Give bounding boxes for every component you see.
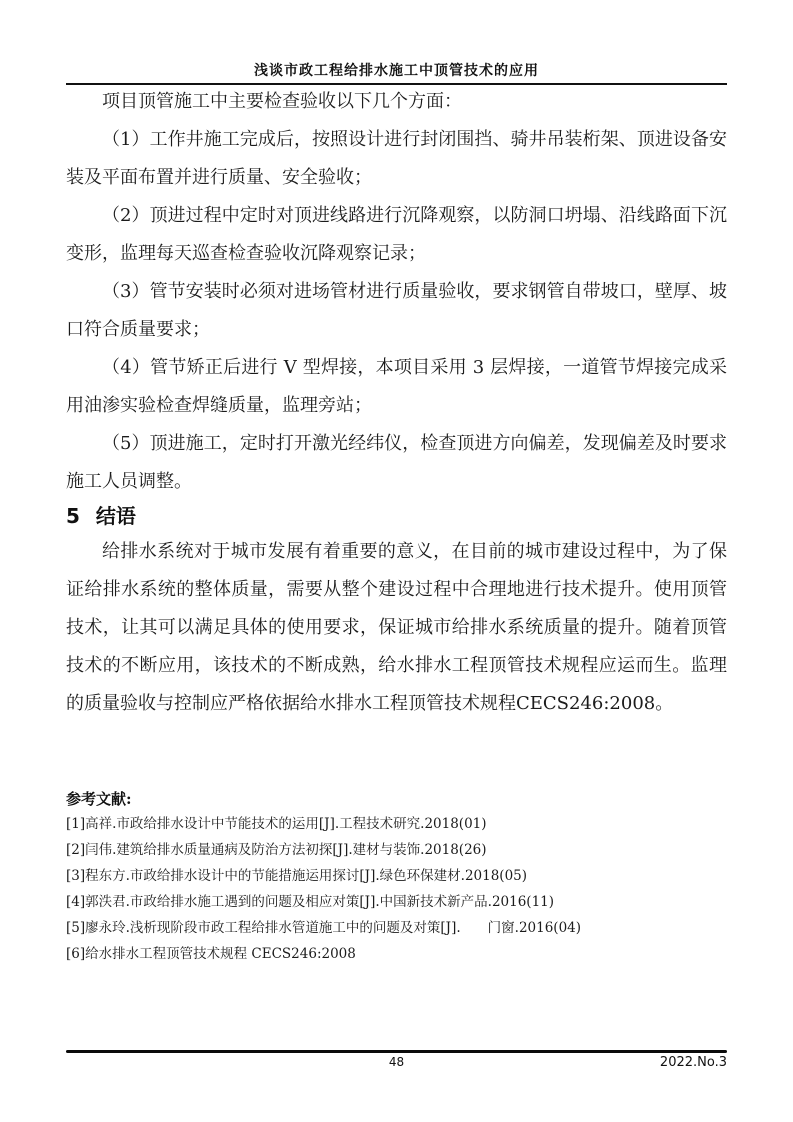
reference-item-6: [6]给水排水工程顶管技术规程 CECS246:2008 <box>66 941 727 967</box>
article-body: 项目顶管施工中主要检查验收以下几个方面： （1）工作井施工完成后，按照设计进行封… <box>66 83 727 967</box>
document-page: 浅谈市政工程给排水施工中顶管技术的应用 项目顶管施工中主要检查验收以下几个方面：… <box>0 0 793 1122</box>
page-content: 浅谈市政工程给排水施工中顶管技术的应用 项目顶管施工中主要检查验收以下几个方面：… <box>0 0 793 967</box>
conclusion-standard-code: CECS246:2008。 <box>516 693 673 714</box>
checklist-item-3: （3）管节安装时必须对进场管材进行质量验收，要求钢管自带坡口，壁厚、坡口符合质量… <box>66 273 727 349</box>
page-number: 48 <box>66 1055 727 1069</box>
references-heading: 参考文献: <box>66 787 727 811</box>
reference-item-5: [5]廖永玲.浅析现阶段市政工程给排水管道施工中的问题及对策[J]. 门窗.20… <box>66 915 727 941</box>
section-number: 5 <box>66 504 80 528</box>
footer-rule <box>66 1050 727 1053</box>
section-heading-conclusion: 5结语 <box>66 503 727 529</box>
conclusion-text: 给排水系统对于城市发展有着重要的意义，在目前的城市建设过程中，为了保证给排水系统… <box>66 541 727 714</box>
issue-label: 2022.No.3 <box>660 1055 727 1070</box>
reference-item-1: [1]高祥.市政给排水设计中节能技术的运用[J].工程技术研究.2018(01) <box>66 811 727 837</box>
reference-item-2: [2]闫伟.建筑给排水质量通病及防治方法初探[J].建材与装饰.2018(26) <box>66 837 727 863</box>
footer-row: 48 2022.No.3 <box>66 1055 727 1073</box>
references-section: 参考文献: [1]高祥.市政给排水设计中节能技术的运用[J].工程技术研究.20… <box>66 787 727 967</box>
section-title: 结语 <box>96 504 136 528</box>
checklist-item-5: （5）顶进施工，定时打开激光经纬仪，检查顶进方向偏差，发现偏差及时要求施工人员调… <box>66 425 727 501</box>
page-footer: 48 2022.No.3 <box>66 1050 727 1073</box>
intro-paragraph: 项目顶管施工中主要检查验收以下几个方面： <box>66 83 727 121</box>
conclusion-paragraph: 给排水系统对于城市发展有着重要的意义，在目前的城市建设过程中，为了保证给排水系统… <box>66 533 727 723</box>
checklist-item-2: （2）顶进过程中定时对顶进线路进行沉降观察，以防洞口坍塌、沿线路面下沉变形，监理… <box>66 197 727 273</box>
running-title: 浅谈市政工程给排水施工中顶管技术的应用 <box>66 60 727 82</box>
checklist-item-1: （1）工作井施工完成后，按照设计进行封闭围挡、骑井吊装桁架、顶进设备安装及平面布… <box>66 121 727 197</box>
checklist-item-4: （4）管节矫正后进行 V 型焊接，本项目采用 3 层焊接，一道管节焊接完成采用油… <box>66 349 727 425</box>
reference-item-4: [4]郭泆君.市政给排水施工遇到的问题及相应对策[J].中国新技术新产品.201… <box>66 889 727 915</box>
page-header: 浅谈市政工程给排水施工中顶管技术的应用 <box>66 60 727 85</box>
reference-item-3: [3]程东方.市政给排水设计中的节能措施运用探讨[J].绿色环保建材.2018(… <box>66 863 727 889</box>
